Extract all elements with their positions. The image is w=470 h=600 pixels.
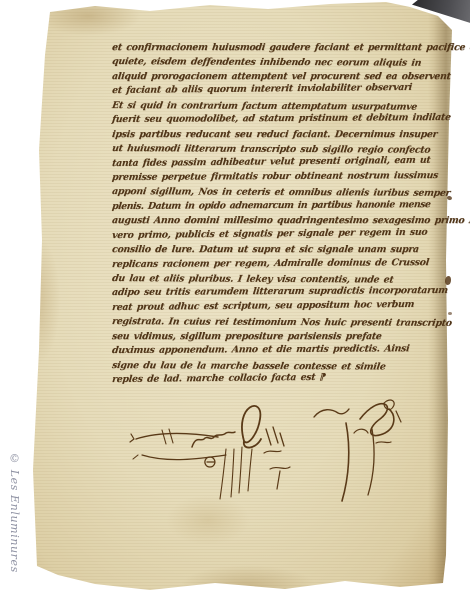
manuscript-text-block: et confirmacionem huiusmodi gaudere faci… — [112, 41, 456, 388]
manuscript-line: et confirmacionem huiusmodi gaudere faci… — [111, 41, 457, 55]
manuscript-line: plenis. Datum in opido adnemarcum in par… — [111, 198, 457, 215]
notarial-signature-block — [128, 388, 408, 508]
manuscript-photo: et confirmacionem huiusmodi gaudere faci… — [0, 0, 470, 600]
notary-signature-left — [130, 406, 290, 499]
notary-signature-right — [314, 400, 401, 501]
manuscript-line: vero primo, publicis et signatis per sig… — [111, 225, 457, 243]
manuscript-line: ipsis partibus reducant seu reduci facia… — [111, 128, 457, 142]
manuscript-line: et faciant ab aliis quorum intererit inv… — [111, 81, 457, 99]
manuscript-line: premisse perpetue firmitatis robur obtin… — [111, 169, 457, 186]
manuscript-line: reples de lad. marche collacio facta est… — [111, 369, 457, 387]
copyright-watermark: © Les Enluminures — [3, 452, 21, 590]
manuscript-line: duximus apponendum. Anno et die martis p… — [111, 342, 457, 359]
signature-flourish-graphic — [128, 388, 408, 508]
manuscript-line: replicans racionem per regem, Admiralle … — [111, 255, 457, 272]
manuscript-line: fuerit seu quomodolibet, ad statum prist… — [111, 111, 457, 128]
manuscript-line: reat prout adhuc est scriptum, seu appos… — [111, 297, 457, 315]
